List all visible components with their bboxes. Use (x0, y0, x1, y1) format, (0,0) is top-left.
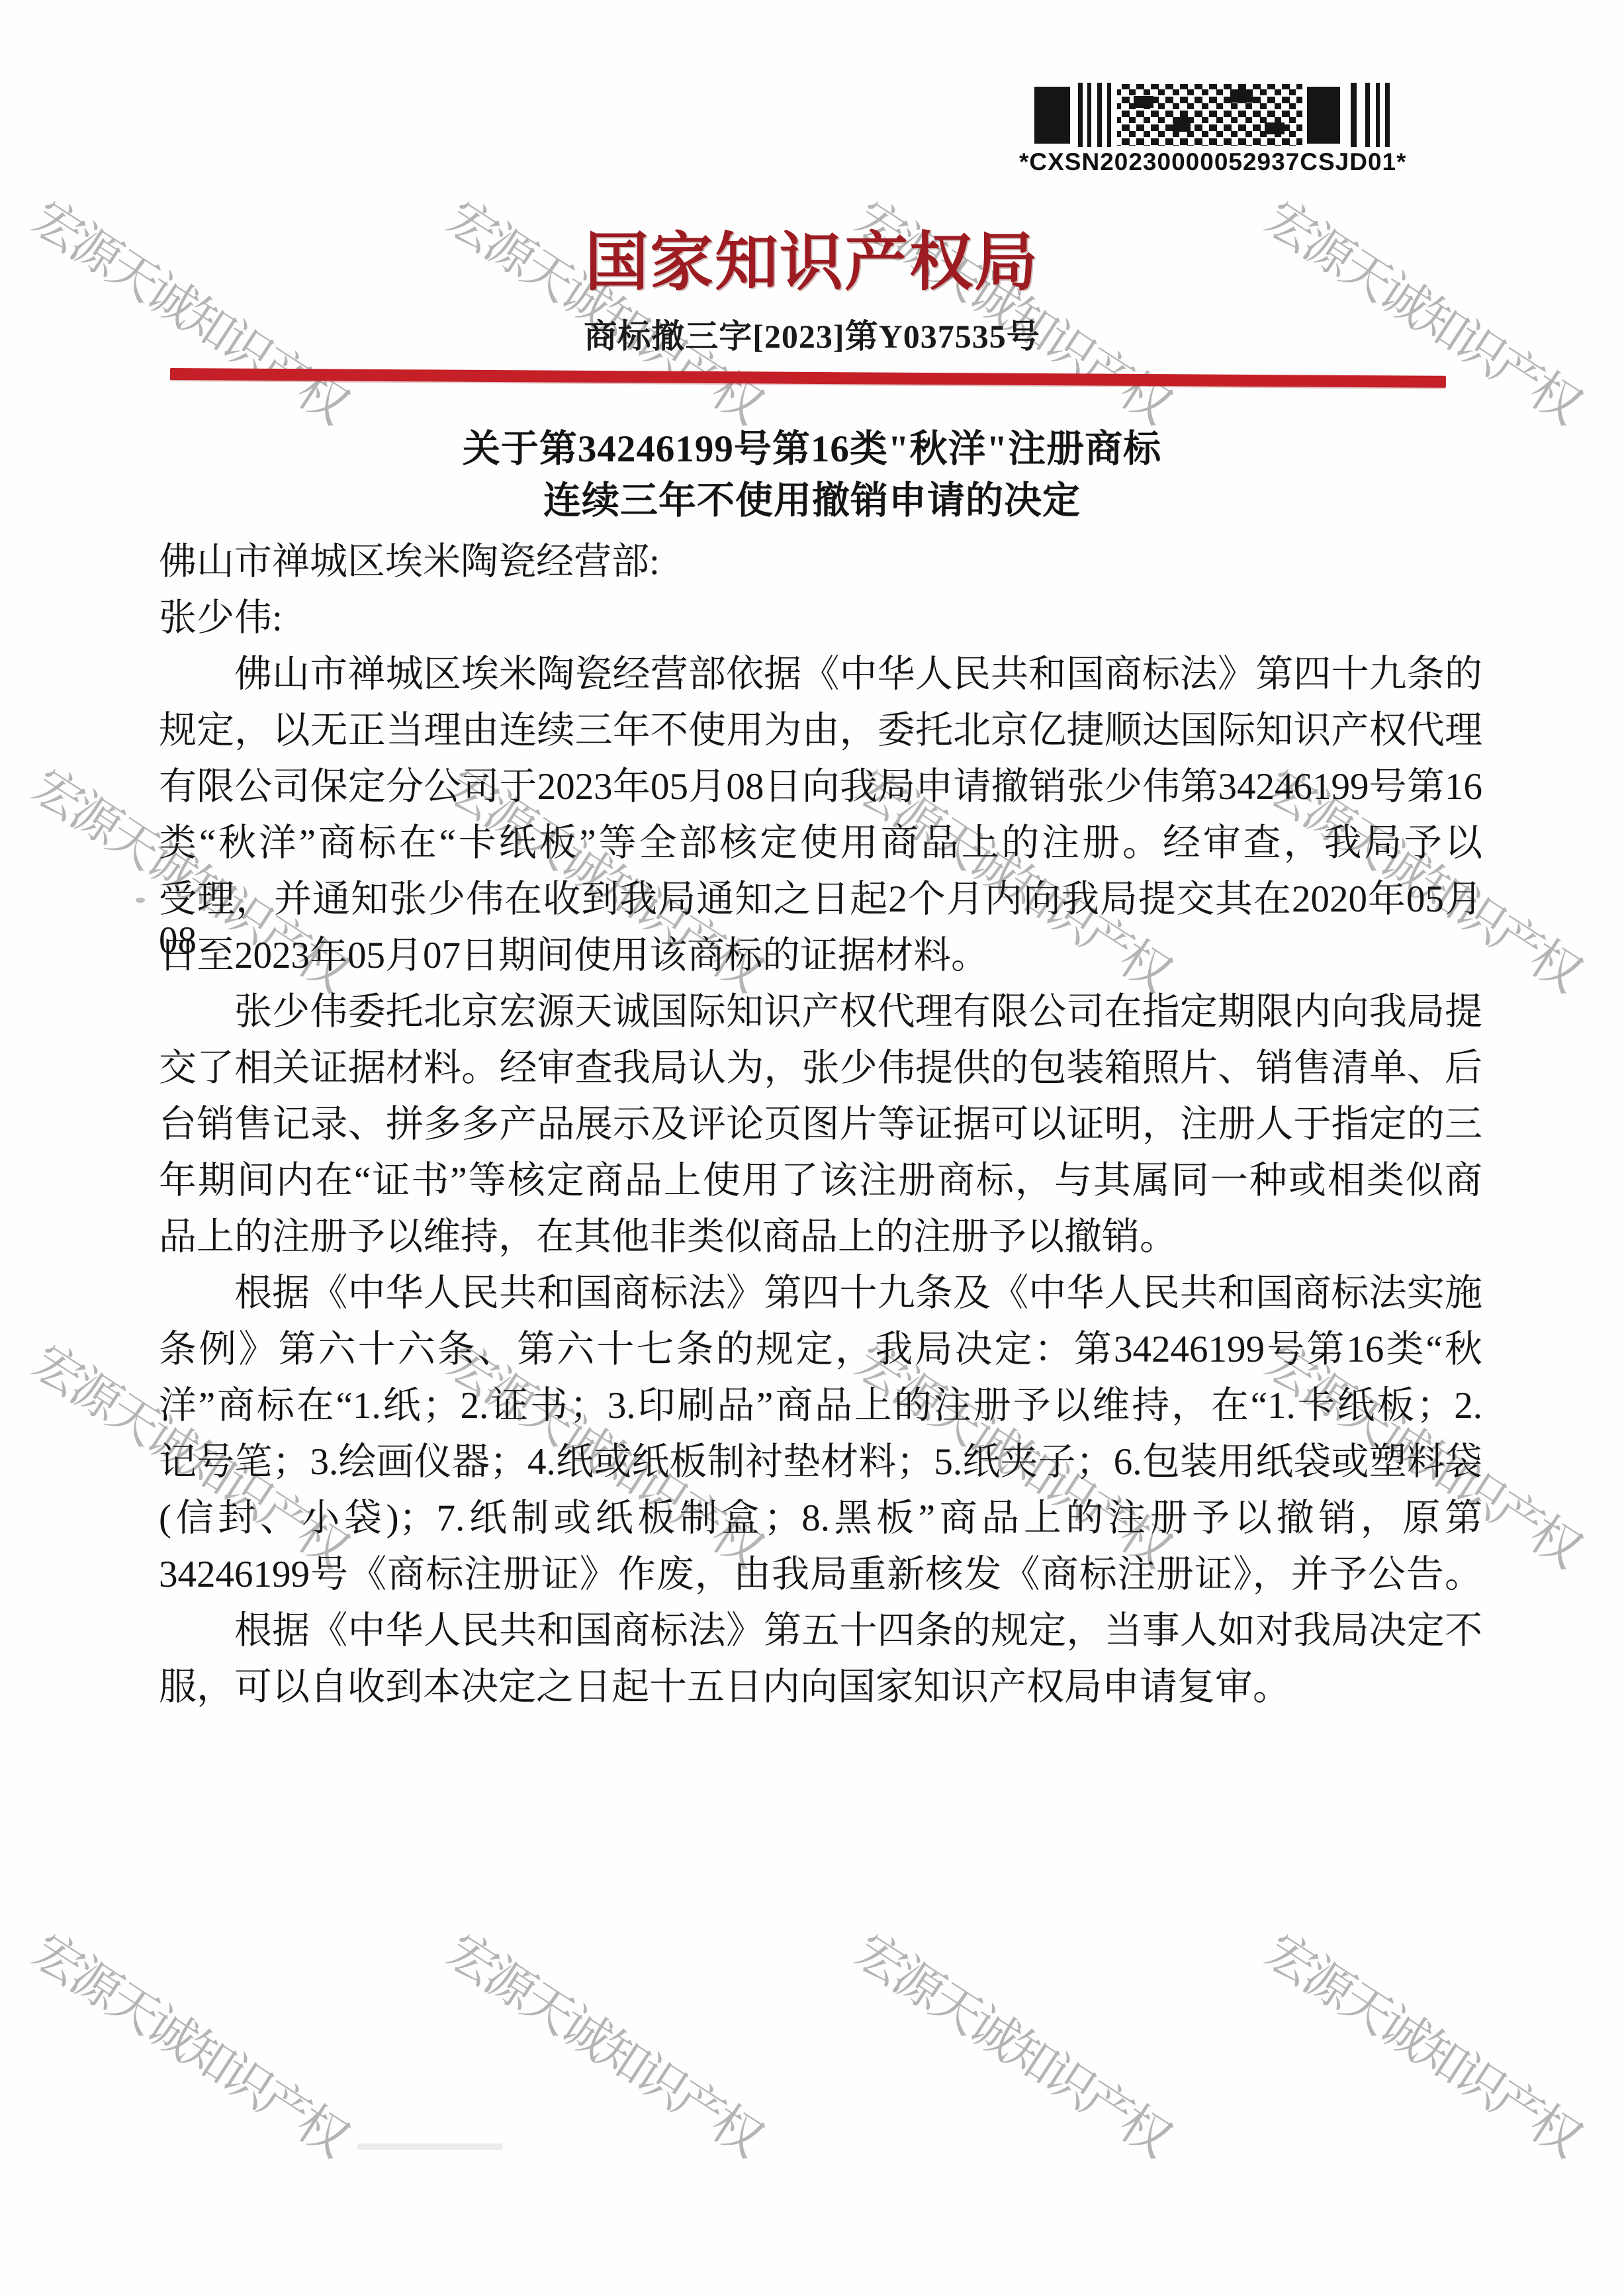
scan-smudge (357, 2143, 503, 2150)
body-line: 佛山市禅城区埃米陶瓷经营部依据《中华人民共和国商标法》第四十九条的 (159, 654, 1482, 695)
decision-title-line2: 连续三年不使用撤销申请的决定 (0, 470, 1624, 524)
addressee-company: 佛山市禅城区埃米陶瓷经营部: (159, 541, 660, 583)
body-line: (信封、小袋)；7.纸制或纸板制盒；8.黑板”商品上的注册予以撤销，原第 (159, 1498, 1482, 1539)
body-line: 规定，以无正当理由连续三年不使用为由，委托北京亿捷顺达国际知识产权代理 (159, 710, 1482, 751)
body-line: 交了相关证据材料。经审查我局认为，张少伟提供的包装箱照片、销售清单、后 (159, 1048, 1482, 1089)
body-line: 年期间内在“证书”等核定商品上使用了该注册商标，与其属同一种或相类似商 (159, 1160, 1482, 1201)
doc-number: 商标撤三字[2023]第Y037535号 (0, 310, 1624, 357)
body-line: 根据《中华人民共和国商标法》第五十四条的规定，当事人如对我局决定不 (159, 1611, 1482, 1652)
barcode-text: *CXSN20230000052937CSJD01* (1019, 148, 1403, 176)
body-line: 品上的注册予以维持，在其他非类似商品上的注册予以撤销。 (159, 1217, 1482, 1258)
body-line: 类“秋洋”商标在“卡纸板”等全部核定使用商品上的注册。经审查，我局予以 (159, 823, 1482, 864)
body-line: 洋”商标在“1.纸；2.证书；3.印刷品”商品上的注册予以维持，在“1.卡纸板；… (159, 1385, 1482, 1427)
body-line: 日至2023年05月07日期间使用该商标的证据材料。 (159, 935, 1482, 976)
barcode-icon (1034, 83, 1392, 147)
agency-title: 国家知识产权局 (0, 212, 1624, 303)
watermark-text: 宏源天诚知识产权 (439, 1926, 768, 2163)
red-divider-rule (170, 368, 1446, 388)
watermark-text: 宏源天诚知识产权 (847, 1926, 1176, 2163)
scan-speck (136, 898, 145, 903)
decision-title-line1: 关于第34246199号第16类"秋洋"注册商标 (0, 418, 1624, 473)
addressee-person: 张少伟: (159, 598, 283, 639)
watermark-text: 宏源天诚知识产权 (24, 1926, 353, 2163)
body-line: 服，可以自收到本决定之日起十五日内向国家知识产权局申请复审。 (159, 1667, 1482, 1708)
body-line: 有限公司保定分公司于2023年05月08日向我局申请撤销张少伟第34246199… (159, 767, 1482, 808)
watermark-text: 宏源天诚知识产权 (1257, 1926, 1586, 2163)
body-line: 条例》第六十六条、第六十七条的规定，我局决定：第34246199号第16类“秋 (159, 1329, 1482, 1370)
scanned-decision-document: 宏源天诚知识产权 宏源天诚知识产权 宏源天诚知识产权 宏源天诚知识产权 宏源天诚… (0, 0, 1624, 2295)
body-line: 记号笔；3.绘画仪器；4.纸或纸板制衬垫材料；5.纸夹子；6.包装用纸袋或塑料袋 (159, 1442, 1482, 1483)
body-line: 34246199号《商标注册证》作废，由我局重新核发《商标注册证》，并予公告。 (159, 1554, 1482, 1595)
body-line: 张少伟委托北京宏源天诚国际知识产权代理有限公司在指定期限内向我局提 (159, 992, 1482, 1033)
body-line: 台销售记录、拼多多产品展示及评论页图片等证据可以证明，注册人于指定的三 (159, 1104, 1482, 1145)
body-line: 根据《中华人民共和国商标法》第四十九条及《中华人民共和国商标法实施 (159, 1273, 1482, 1314)
